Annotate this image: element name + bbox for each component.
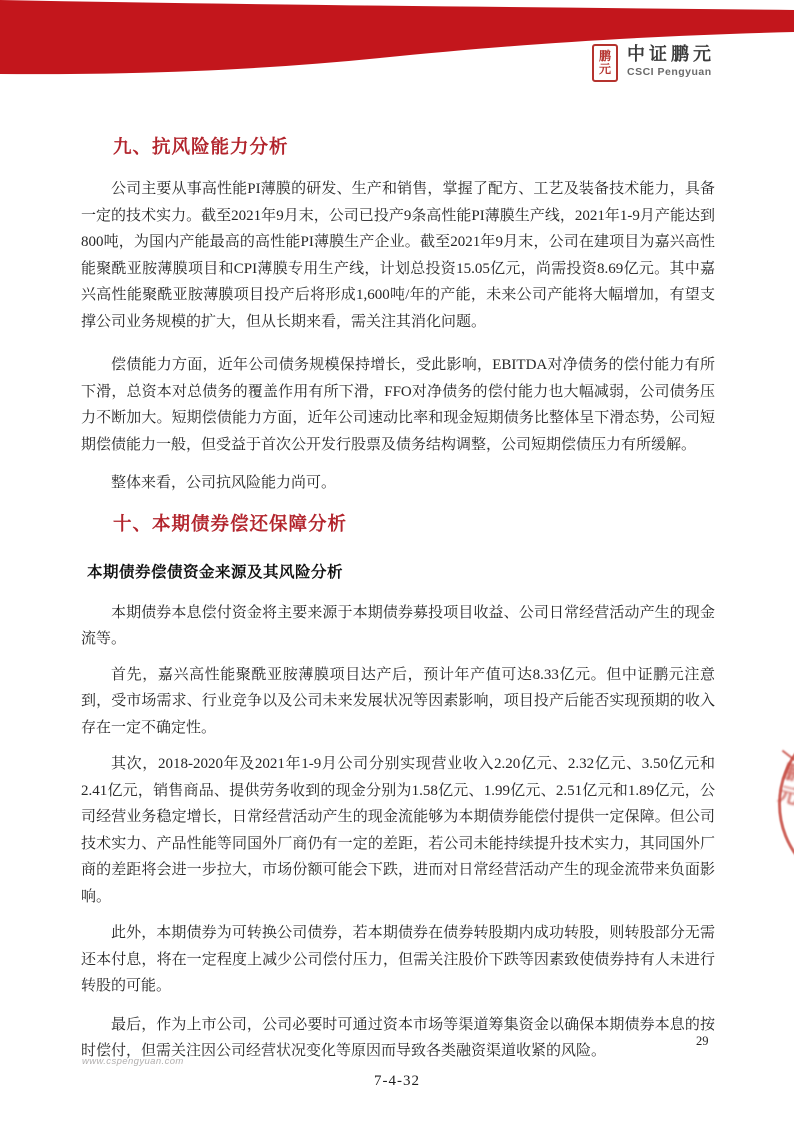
- document-code: 7-4-32: [0, 1073, 794, 1090]
- paragraph: 首先，嘉兴高性能聚酰亚胺薄膜项目达产后，预计年产值可达8.33亿元。但中证鹏元注…: [81, 662, 715, 742]
- paragraph: 公司主要从事高性能PI薄膜的研发、生产和销售，掌握了配方、工艺及装备技术能力，具…: [81, 176, 715, 335]
- page-number: 29: [696, 1034, 709, 1049]
- paragraph: 本期债券本息偿付资金将主要来源于本期债券募投项目收益、公司日常经营活动产生的现金…: [81, 600, 715, 653]
- section-heading-9: 九、抗风险能力分析: [113, 136, 715, 161]
- paragraph: 此外，本期债券为可转换公司债券，若本期债券在债券转股期内成功转股，则转股部分无需…: [81, 920, 715, 1000]
- document-body: 九、抗风险能力分析 公司主要从事高性能PI薄膜的研发、生产和销售，掌握了配方、工…: [81, 0, 715, 1065]
- section-heading-10: 十、本期债券偿还保障分析: [113, 513, 715, 538]
- report-page: 鹏元 中证鹏元 CSCI Pengyuan 九、抗风险能力分析 公司主要从事高性…: [0, 0, 794, 1123]
- website-url: www.cspengyuan.com: [82, 1056, 184, 1067]
- seal-glyphs: 鹏元: [774, 760, 794, 809]
- subsection-heading: 本期债券偿债资金来源及其风险分析: [87, 561, 715, 585]
- paragraph: 偿债能力方面，近年公司债务规模保持增长，受此影响，EBITDA对净债务的偿付能力…: [81, 352, 715, 458]
- paragraph: 整体来看，公司抗风险能力尚可。: [81, 470, 715, 497]
- paragraph: 其次，2018-2020年及2021年1-9月公司分别实现营业收入2.20亿元、…: [81, 751, 715, 910]
